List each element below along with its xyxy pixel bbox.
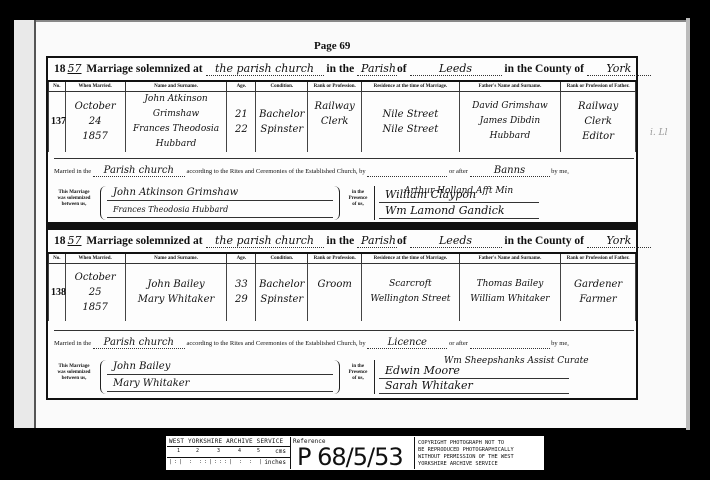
witness-1: Edwin Moore <box>379 364 569 379</box>
parties-signatures: John Bailey Mary Whitaker <box>100 360 340 394</box>
bride-rank <box>310 292 359 307</box>
conditions: BachelorSpinster <box>256 91 308 152</box>
in-the-label: in the <box>326 235 354 247</box>
of-label: of <box>397 235 407 247</box>
ages: 3329 <box>227 263 256 321</box>
col-residence: Residence at the time of Marriage. <box>362 81 459 91</box>
signature-row: This Marriage was solemnized between us,… <box>54 186 634 222</box>
or-after-label: or after <box>449 168 468 175</box>
col-name: Name and Surname. <box>125 253 227 263</box>
groom-name: John Bailey <box>128 277 225 292</box>
residences: ScarcroftWellington Street <box>362 263 459 321</box>
cm-scale: 1 2 3 4 5 cms <box>167 447 290 458</box>
groom-residence: Nile Street <box>364 107 456 122</box>
bride-name: Mary Whitaker <box>128 292 225 307</box>
cm-unit: cms <box>275 448 286 455</box>
ranks: Railway Clerk <box>308 91 362 152</box>
witness-1: William Claypon <box>379 188 539 203</box>
groom-rank: Groom <box>310 277 359 292</box>
col-rank: Rank or Profession. <box>308 81 362 91</box>
bride-name: Frances Theodosia Hubbard <box>128 122 225 152</box>
archive-service-name: WEST YORKSHIRE ARCHIVE SERVICE <box>167 437 290 447</box>
groom-condition: Bachelor <box>258 107 305 122</box>
or-after-value: Banns <box>470 165 550 177</box>
bride-signature: Mary Whitaker <box>107 377 333 392</box>
signature-row: This Marriage was solemnized between us,… <box>54 360 634 396</box>
or-after-label: or after <box>449 340 468 347</box>
inch-scale: |:| : ::|:::| : : | inches <box>167 458 290 469</box>
bride-residence: Wellington Street <box>364 292 456 307</box>
solemnized-label: Marriage solemnized at <box>86 235 202 247</box>
col-condition: Condition. <box>256 81 308 91</box>
column-header-row: No. When Married. Name and Surname. Age.… <box>49 253 636 263</box>
or-after-value <box>470 337 550 349</box>
entry-heading: 1857 Marriage solemnized at the parish c… <box>48 230 636 252</box>
groom-father: Thomas Bailey <box>462 277 559 292</box>
presence-label: in the Presence of us, <box>346 190 370 208</box>
entry-number: 138 <box>49 263 66 321</box>
scale-tick: 3 <box>217 448 220 454</box>
witness-signatures: Edwin Moore Sarah Whitaker <box>374 360 624 394</box>
bride-age: 29 <box>229 292 253 307</box>
father-ranks: Railway ClerkEditor <box>561 91 636 152</box>
by-value: Licence <box>367 337 447 349</box>
by-me-label: by me, <box>551 340 569 347</box>
father-ranks: GardenerFarmer <box>561 263 636 321</box>
married-in-label: Married in the <box>54 168 91 175</box>
fathers: David GrimshawJames Dibdin Hubbard <box>459 91 561 152</box>
groom-signature: John Atkinson Grimshaw <box>107 186 333 201</box>
scale-tick: 1 <box>177 448 180 454</box>
col-age: Age. <box>227 81 256 91</box>
column-header-row: No. When Married. Name and Surname. Age.… <box>49 81 636 91</box>
groom-father-rank: Railway Clerk <box>563 99 633 129</box>
date-married: October 241857 <box>65 91 125 152</box>
register-table: No. When Married. Name and Surname. Age.… <box>48 252 636 321</box>
groom-age: 33 <box>229 277 253 292</box>
bride-condition: Spinster <box>258 122 305 137</box>
district: Leeds <box>410 234 502 248</box>
bride-signature: Frances Theodosia Hubbard <box>107 203 333 218</box>
table-row: 138 October 251857 John BaileyMary Whita… <box>49 263 636 321</box>
scale-tick: 5 <box>257 448 260 454</box>
col-condition: Condition. <box>256 253 308 263</box>
groom-father: David Grimshaw <box>462 99 559 114</box>
facing-page-edge <box>14 20 36 428</box>
col-age: Age. <box>227 253 256 263</box>
married-in-value: Parish church <box>93 337 185 349</box>
district-type: Parish <box>357 234 397 248</box>
col-when-married: When Married. <box>65 81 125 91</box>
rites-label: according to the Rites and Ceremonies of… <box>186 168 365 175</box>
rites-label: according to the Rites and Ceremonies of… <box>186 340 365 347</box>
bride-father: James Dibdin Hubbard <box>462 114 559 144</box>
conditions: BachelorSpinster <box>256 263 308 321</box>
year-suffix: 57 <box>66 62 84 75</box>
table-row: 137 October 241857 John Atkinson Grimsha… <box>49 91 636 152</box>
county-label: in the County of <box>504 235 584 247</box>
by-value <box>367 165 447 177</box>
date-day: October 25 <box>68 270 123 300</box>
marriage-entry-137: 1857 Marriage solemnized at the parish c… <box>46 56 638 224</box>
bride-rank <box>310 129 359 144</box>
date-married: October 251857 <box>65 263 125 321</box>
fathers: Thomas BaileyWilliam Whitaker <box>459 263 561 321</box>
district-type: Parish <box>357 62 397 76</box>
register-page: Page 69 1857 Marriage solemnized at the … <box>36 20 686 428</box>
married-in-value: Parish church <box>93 165 185 177</box>
married-in-label: Married in the <box>54 340 91 347</box>
ranks: Groom <box>308 263 362 321</box>
col-no: No. <box>49 81 66 91</box>
date-year: 1857 <box>68 129 123 144</box>
county: York <box>587 62 651 76</box>
parties-signatures: John Atkinson Grimshaw Frances Theodosia… <box>100 186 340 220</box>
col-no: No. <box>49 253 66 263</box>
bride-residence: Nile Street <box>364 122 456 137</box>
place-of-marriage: the parish church <box>206 234 324 248</box>
col-father: Father's Name and Surname. <box>459 253 561 263</box>
bride-age: 22 <box>229 122 253 137</box>
place-of-marriage: the parish church <box>206 62 324 76</box>
district: Leeds <box>410 62 502 76</box>
reference-box: Reference P 68/5/53 <box>291 437 415 469</box>
groom-rank: Railway Clerk <box>310 99 359 129</box>
copyright-notice: COPYRIGHT PHOTOGRAPH NOT TO BE REPRODUCE… <box>415 437 543 469</box>
of-label: of <box>397 63 407 75</box>
date-year: 1857 <box>68 300 123 315</box>
scale-ruler: WEST YORKSHIRE ARCHIVE SERVICE 1 2 3 4 5… <box>167 437 291 469</box>
inch-ticks: |:| : ::|:::| : : | <box>169 459 264 465</box>
bride-father: William Whitaker <box>462 292 559 307</box>
names: John Atkinson GrimshawFrances Theodosia … <box>125 91 227 152</box>
col-when-married: When Married. <box>65 253 125 263</box>
year-suffix: 57 <box>66 234 84 247</box>
county-label: in the County of <box>504 63 584 75</box>
groom-name: John Atkinson Grimshaw <box>128 92 225 122</box>
bride-father-rank: Farmer <box>563 292 633 307</box>
register-table: No. When Married. Name and Surname. Age.… <box>48 80 636 152</box>
bride-condition: Spinster <box>258 292 305 307</box>
year-prefix: 18 <box>54 235 66 247</box>
presence-label: in the Presence of us, <box>346 364 370 382</box>
groom-age: 21 <box>229 107 253 122</box>
by-me-label: by me, <box>551 168 569 175</box>
col-name: Name and Surname. <box>125 81 227 91</box>
witness-2: Sarah Whitaker <box>379 379 569 394</box>
groom-signature: John Bailey <box>107 360 333 375</box>
inch-unit: inches <box>264 459 286 466</box>
solemnized-label: Marriage solemnized at <box>86 63 202 75</box>
between-us-label: This Marriage was solemnized between us, <box>54 190 94 208</box>
bride-father-rank: Editor <box>563 129 633 144</box>
col-father-rank: Rank or Profession of Father. <box>561 253 636 263</box>
witness-2: Wm Lamond Gandick <box>379 204 539 219</box>
year-prefix: 18 <box>54 63 66 75</box>
col-residence: Residence at the time of Marriage. <box>362 253 459 263</box>
groom-condition: Bachelor <box>258 277 305 292</box>
groom-residence: Scarcroft <box>364 277 456 292</box>
ages: 2122 <box>227 91 256 152</box>
names: John BaileyMary Whitaker <box>125 263 227 321</box>
entry-number: 137 <box>49 91 66 152</box>
groom-father-rank: Gardener <box>563 277 633 292</box>
married-in-line: Married in the Parish church according t… <box>54 158 634 177</box>
archive-label: WEST YORKSHIRE ARCHIVE SERVICE 1 2 3 4 5… <box>166 436 544 470</box>
married-in-line: Married in the Parish church according t… <box>54 330 634 349</box>
reference-number: P 68/5/53 <box>297 443 403 471</box>
margin-annotation: i. Ll <box>650 128 667 138</box>
page-number: Page 69 <box>314 40 350 52</box>
witness-signatures: William Claypon Wm Lamond Gandick <box>374 186 624 220</box>
scale-tick: 4 <box>238 448 241 454</box>
marriage-entry-138: 1857 Marriage solemnized at the parish c… <box>46 228 638 400</box>
residences: Nile StreetNile Street <box>362 91 459 152</box>
entry-heading: 1857 Marriage solemnized at the parish c… <box>48 58 636 80</box>
in-the-label: in the <box>326 63 354 75</box>
col-rank: Rank or Profession. <box>308 253 362 263</box>
scale-tick: 2 <box>196 448 199 454</box>
col-father-rank: Rank or Profession of Father. <box>561 81 636 91</box>
col-father: Father's Name and Surname. <box>459 81 561 91</box>
date-day: October 24 <box>68 99 123 129</box>
county: York <box>587 234 651 248</box>
page-binding-edge <box>686 18 690 430</box>
between-us-label: This Marriage was solemnized between us, <box>54 364 94 382</box>
